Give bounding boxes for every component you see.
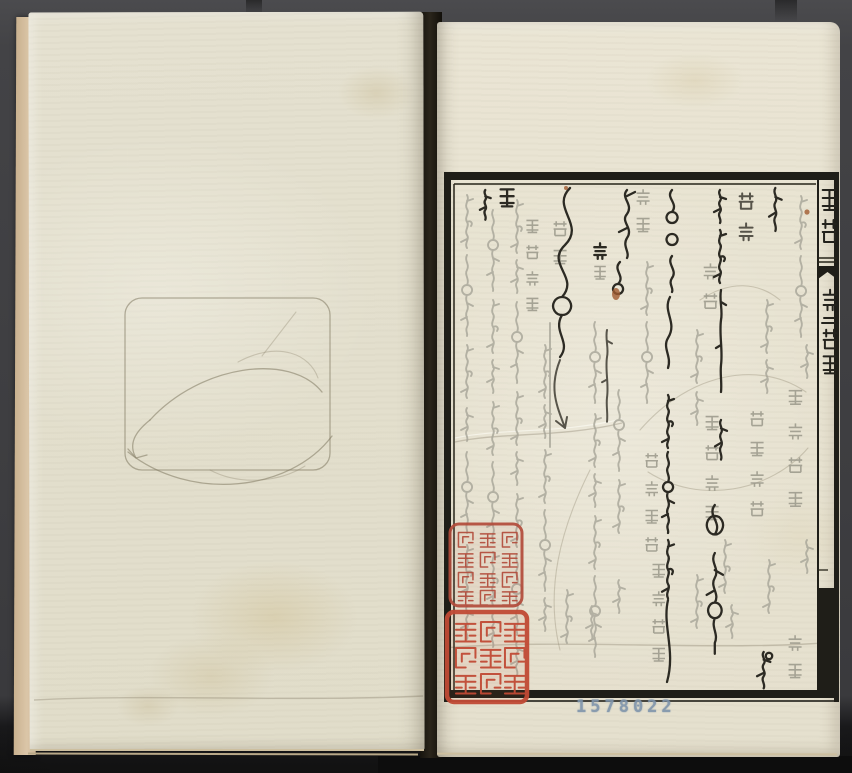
background-shadow — [378, 756, 852, 773]
book-scan-photo: 1578022 — [0, 0, 852, 773]
page-edge-line — [30, 749, 424, 751]
page-edge-line — [28, 752, 418, 755]
background-streak — [775, 0, 797, 22]
right-page — [437, 22, 840, 757]
left-page — [28, 12, 424, 751]
catalog-number-stamp: 1578022 — [576, 697, 676, 717]
